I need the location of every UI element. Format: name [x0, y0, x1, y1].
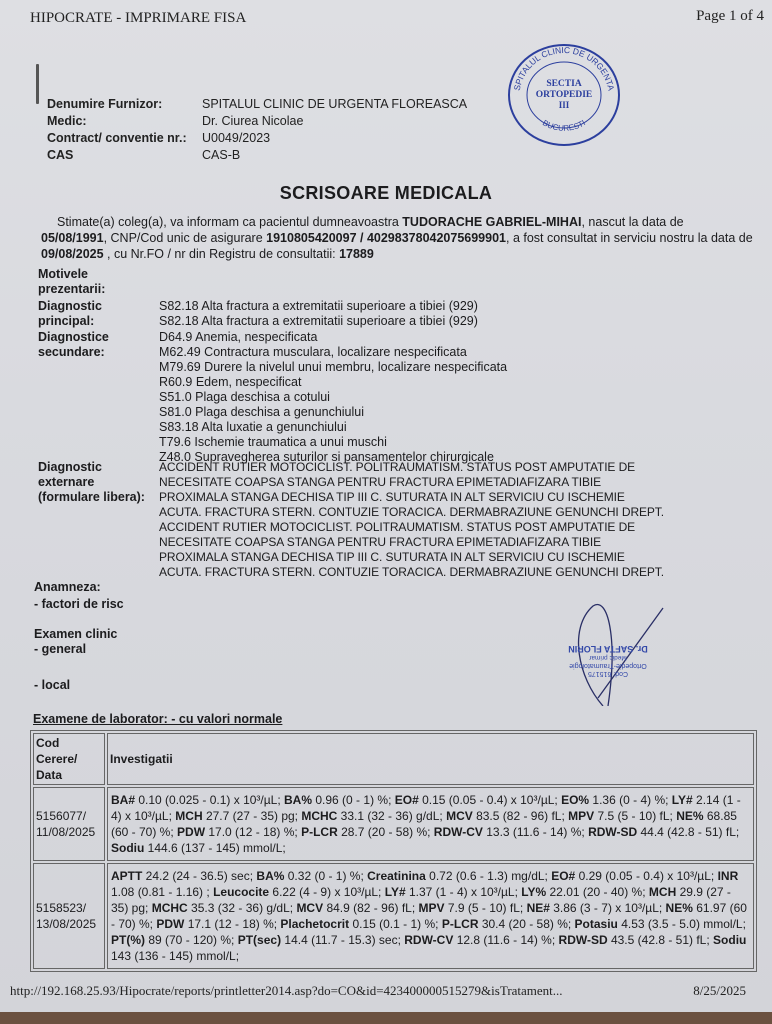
- diagnosis-item: ACUTA. FRACTURA STERN. CONTUZIE TORACICA…: [159, 505, 664, 520]
- principal-diagnosis-label: Diagnostic principal:: [38, 299, 128, 329]
- test-value: 89 (70 - 120) %;: [145, 933, 238, 947]
- test-name: PDW: [177, 825, 205, 839]
- lab-results-table: Cod Cerere/ Data Investigatii 5156077/11…: [30, 730, 757, 972]
- test-name: NE#: [527, 901, 550, 915]
- test-value: 27.7 (27 - 35) pg;: [203, 809, 302, 823]
- diagnosis-item: NECESITATE COAPSA STANGA PENTRU FRACTURA…: [159, 475, 664, 490]
- test-value: 0.96 (0 - 1) %;: [312, 793, 395, 807]
- test-name: EO#: [395, 793, 419, 807]
- intro-text: Stimate(a) coleg(a), va informam ca paci…: [57, 215, 402, 229]
- test-name: MCV: [446, 809, 473, 823]
- diagnosis-item: NECESITATE COAPSA STANGA PENTRU FRACTURA…: [159, 535, 664, 550]
- diagnosis-item: M79.69 Durere la nivelul unui membru, lo…: [159, 360, 507, 375]
- page-number: Page 1 of 4: [696, 8, 764, 25]
- printed-page: HIPOCRATE - IMPRIMARE FISA Page 1 of 4 D…: [0, 0, 772, 1012]
- doctor-signature-stamp-icon: Cod: 615175 Ortopedie-Traumatologie Medi…: [548, 598, 678, 706]
- table-row: 5156077/11/08/2025BA# 0.10 (0.025 - 0.1)…: [33, 787, 754, 861]
- provider-info: Denumire Furnizor:SPITALUL CLINIC DE URG…: [47, 96, 467, 164]
- test-name: INR: [718, 869, 739, 883]
- svg-text:Cod: 615175: Cod: 615175: [588, 670, 628, 677]
- secondary-diagnosis-list: D64.9 Anemia, nespecificataM62.49 Contra…: [159, 330, 507, 465]
- test-value: 28.7 (20 - 58) %;: [338, 825, 434, 839]
- test-name: Leucocite: [213, 885, 269, 899]
- table-row: 5158523/13/08/2025APTT 24.2 (24 - 36.5) …: [33, 863, 754, 969]
- test-value: 4.53 (3.5 - 5.0) mmol/L;: [618, 917, 746, 931]
- print-header-title: HIPOCRATE - IMPRIMARE FISA: [30, 10, 246, 27]
- test-value: 0.32 (0 - 1) %;: [284, 869, 367, 883]
- test-value: 35.3 (32 - 36) g/dL;: [188, 901, 297, 915]
- test-name: P-LCR: [442, 917, 479, 931]
- provider-field-label: CAS: [47, 147, 202, 164]
- svg-text:Medic primar: Medic primar: [588, 654, 626, 661]
- test-name: PT(sec): [238, 933, 281, 947]
- discharge-diagnosis-text: ACCIDENT RUTIER MOTOCICLIST. POLITRAUMAT…: [159, 460, 664, 580]
- intro-text: , cu Nr.FO / nr din Registru de consulta…: [104, 247, 340, 261]
- test-value: 43.5 (42.8 - 51) fL;: [608, 933, 713, 947]
- document-title: SCRISOARE MEDICALA: [0, 183, 772, 204]
- provider-field: CASCAS-B: [47, 147, 467, 164]
- test-value: 44.4 (42.8 - 51) fL;: [637, 825, 739, 839]
- test-name: LY#: [385, 885, 406, 899]
- test-value: 3.86 (3 - 7) x 10³/µL;: [550, 901, 666, 915]
- patient-name: TUDORACHE GABRIEL-MIHAI: [402, 215, 581, 229]
- secondary-diagnosis-label: Diagnostice secundare:: [38, 330, 133, 360]
- test-value: 1.36 (0 - 4) %;: [589, 793, 672, 807]
- provider-field-value: CAS-B: [202, 147, 240, 164]
- test-name: Plachetocrit: [280, 917, 349, 931]
- intro-text: , nascut la data de: [581, 215, 683, 229]
- diagnosis-item: PROXIMALA STANGA DECHISA TIP III C. SUTU…: [159, 490, 664, 505]
- test-name: MPV: [568, 809, 594, 823]
- provider-field-label: Denumire Furnizor:: [47, 96, 202, 113]
- test-value: 6.22 (4 - 9) x 10³/µL;: [269, 885, 385, 899]
- birth-date: 05/08/1991: [41, 231, 104, 245]
- test-value: 14.4 (11.7 - 15.3) sec;: [281, 933, 404, 947]
- consult-date: 09/08/2025: [41, 247, 104, 261]
- intro-paragraph: Stimate(a) coleg(a), va informam ca paci…: [41, 214, 753, 262]
- request-date: 11/08/2025: [36, 824, 102, 840]
- test-name: NE%: [676, 809, 703, 823]
- test-name: BA#: [111, 793, 135, 807]
- column-header-investigations: Investigatii: [107, 733, 754, 785]
- risk-factors-label: - factori de risc: [34, 597, 124, 611]
- test-value: 1.37 (1 - 4) x 10³/µL;: [406, 885, 522, 899]
- lab-section-title: Examene de laborator: - cu valori normal…: [33, 712, 282, 726]
- intro-text: , a fost consultat in serviciu nostru la…: [506, 231, 753, 245]
- diagnosis-item: S82.18 Alta fractura a extremitatii supe…: [159, 314, 478, 329]
- principal-diagnosis-list: S82.18 Alta fractura a extremitatii supe…: [159, 299, 478, 329]
- print-footer-url: http://192.168.25.93/Hipocrate/reports/p…: [10, 983, 563, 999]
- diagnosis-item: ACCIDENT RUTIER MOTOCICLIST. POLITRAUMAT…: [159, 520, 664, 535]
- test-name: MCHC: [152, 901, 188, 915]
- test-value: 0.10 (0.025 - 0.1) x 10³/µL;: [135, 793, 284, 807]
- test-value: 13.3 (11.6 - 14) %;: [483, 825, 588, 839]
- provider-field-value: SPITALUL CLINIC DE URGENTA FLOREASCA: [202, 96, 467, 113]
- test-name: RDW-SD: [588, 825, 637, 839]
- test-name: PDW: [156, 917, 184, 931]
- intro-text: , CNP/Cod unic de asigurare: [104, 231, 267, 245]
- test-name: RDW-CV: [404, 933, 453, 947]
- svg-text:SECTIA: SECTIA: [546, 79, 582, 89]
- provider-field-label: Medic:: [47, 113, 202, 130]
- provider-field-label: Contract/ conventie nr.:: [47, 130, 202, 147]
- anamnesis-label: Anamneza:: [34, 580, 101, 594]
- request-date: 13/08/2025: [36, 916, 102, 932]
- test-value: 1.08 (0.81 - 1.16) ;: [111, 885, 213, 899]
- diagnosis-item: S83.18 Alta luxatie a genunchiului: [159, 420, 507, 435]
- svg-text:ORTOPEDIE: ORTOPEDIE: [536, 90, 593, 100]
- diagnosis-item: S81.0 Plaga deschisa a genunchiului: [159, 405, 507, 420]
- test-value: 24.2 (24 - 36.5) sec;: [142, 869, 256, 883]
- clinical-exam-label: Examen clinic: [34, 627, 117, 641]
- test-name: BA%: [256, 869, 284, 883]
- column-header-code: Cod Cerere/ Data: [33, 733, 105, 785]
- diagnosis-item: S82.18 Alta fractura a extremitatii supe…: [159, 299, 478, 314]
- test-value: 17.1 (12 - 18) %;: [184, 917, 280, 931]
- investigations-cell: BA# 0.10 (0.025 - 0.1) x 10³/µL; BA% 0.9…: [107, 787, 754, 861]
- test-name: LY%: [521, 885, 546, 899]
- test-name: NE%: [666, 901, 693, 915]
- test-value: 17.0 (12 - 18) %;: [205, 825, 301, 839]
- test-name: P-LCR: [301, 825, 338, 839]
- test-name: EO#: [551, 869, 575, 883]
- clinical-exam-local-label: - local: [34, 678, 70, 692]
- diagnosis-item: S51.0 Plaga deschisa a cotului: [159, 390, 507, 405]
- provider-field: Medic:Dr. Ciurea Nicolae: [47, 113, 467, 130]
- test-value: 83.5 (82 - 96) fL;: [473, 809, 568, 823]
- test-name: Sodiu: [713, 933, 746, 947]
- diagnosis-item: D64.9 Anemia, nespecificata: [159, 330, 507, 345]
- request-code: 5156077/: [36, 808, 102, 824]
- test-name: Potasiu: [575, 917, 618, 931]
- svg-text:Ortopedie-Traumatologie: Ortopedie-Traumatologie: [569, 662, 647, 669]
- test-name: RDW-CV: [434, 825, 483, 839]
- test-value: 0.72 (0.6 - 1.3) mg/dL;: [426, 869, 551, 883]
- svg-text:Dr. SAFTA FLORIN: Dr. SAFTA FLORIN: [568, 644, 648, 654]
- test-name: APTT: [111, 869, 142, 883]
- print-footer-date: 8/25/2025: [693, 983, 746, 999]
- test-name: MPV: [419, 901, 445, 915]
- test-name: PT(%): [111, 933, 145, 947]
- test-value: 7.9 (5 - 10) fL;: [445, 901, 527, 915]
- test-value: 22.01 (20 - 40) %;: [546, 885, 649, 899]
- patient-cnp: 1910805420097 / 40298378042075699901: [266, 231, 506, 245]
- test-name: MCH: [649, 885, 676, 899]
- table-header-row: Cod Cerere/ Data Investigatii: [33, 733, 754, 785]
- test-value: 0.29 (0.05 - 0.4) x 10³/µL;: [575, 869, 717, 883]
- provider-field-value: Dr. Ciurea Nicolae: [202, 113, 303, 130]
- svg-text:BUCURESTI: BUCURESTI: [541, 118, 587, 133]
- test-value: 33.1 (32 - 36) g/dL;: [337, 809, 446, 823]
- request-code-cell: 5158523/13/08/2025: [33, 863, 105, 969]
- request-code-cell: 5156077/11/08/2025: [33, 787, 105, 861]
- diagnosis-item: ACUTA. FRACTURA STERN. CONTUZIE TORACICA…: [159, 565, 664, 580]
- test-name: EO%: [561, 793, 589, 807]
- diagnosis-item: T79.6 Ischemie traumatica a unui muschi: [159, 435, 507, 450]
- hospital-stamp-icon: SPITALUL CLINIC DE URGENTA BUCURESTI SEC…: [505, 40, 623, 146]
- margin-mark: [36, 64, 39, 104]
- diagnosis-item: ACCIDENT RUTIER MOTOCICLIST. POLITRAUMAT…: [159, 460, 664, 475]
- test-name: MCHC: [301, 809, 337, 823]
- motive-label: Motivele prezentarii:: [38, 267, 128, 297]
- test-value: 12.8 (11.6 - 14) %;: [453, 933, 558, 947]
- svg-text:III: III: [559, 100, 570, 110]
- test-value: 84.9 (82 - 96) fL;: [323, 901, 418, 915]
- test-name: MCV: [296, 901, 323, 915]
- test-name: MCH: [175, 809, 202, 823]
- diagnosis-item: R60.9 Edem, nespecificat: [159, 375, 507, 390]
- test-value: 7.5 (5 - 10) fL;: [594, 809, 676, 823]
- test-name: BA%: [284, 793, 312, 807]
- test-name: LY#: [672, 793, 693, 807]
- request-code: 5158523/: [36, 900, 102, 916]
- test-value: 144.6 (137 - 145) mmol/L;: [144, 841, 285, 855]
- clinical-exam-general-label: - general: [34, 642, 86, 656]
- provider-field: Contract/ conventie nr.:U0049/2023: [47, 130, 467, 147]
- test-value: 0.15 (0.05 - 0.4) x 10³/µL;: [419, 793, 561, 807]
- test-name: Creatinina: [367, 869, 426, 883]
- test-value: 0.15 (0.1 - 1) %;: [349, 917, 442, 931]
- diagnosis-item: PROXIMALA STANGA DECHISA TIP III C. SUTU…: [159, 550, 664, 565]
- test-value: 30.4 (20 - 58) %;: [479, 917, 575, 931]
- provider-field: Denumire Furnizor:SPITALUL CLINIC DE URG…: [47, 96, 467, 113]
- test-name: Sodiu: [111, 841, 144, 855]
- test-value: 143 (136 - 145) mmol/L;: [111, 949, 239, 963]
- provider-field-value: U0049/2023: [202, 130, 270, 147]
- investigations-cell: APTT 24.2 (24 - 36.5) sec; BA% 0.32 (0 -…: [107, 863, 754, 969]
- diagnosis-item: M62.49 Contractura musculara, localizare…: [159, 345, 507, 360]
- test-name: RDW-SD: [559, 933, 608, 947]
- registry-number: 17889: [339, 247, 374, 261]
